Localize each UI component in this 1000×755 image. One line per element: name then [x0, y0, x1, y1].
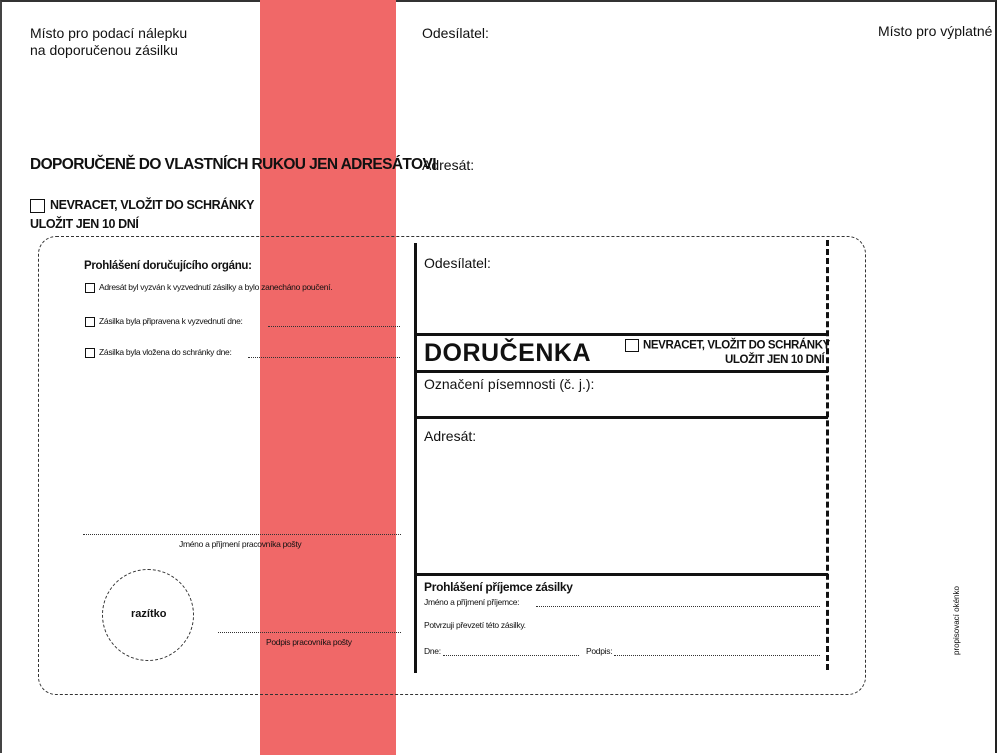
receipt-divider [414, 416, 828, 419]
no-return-label: NEVRACET, VLOŽIT DO SCHRÁNKY [50, 198, 254, 212]
option-summoned-label: Adresát byl vyzván k vyzvednutí zásilky … [99, 282, 332, 292]
option-prepared[interactable]: Zásilka byla připravena k vyzvednutí dne… [85, 316, 243, 327]
store-days-label: ULOŽIT JEN 10 DNÍ [30, 217, 139, 231]
receipt-addressee-label: Adresát: [424, 428, 476, 445]
option-in-mailbox[interactable]: Zásilka byla vložena do schránky dne: [85, 347, 232, 358]
recipient-heading: Prohlášení příjemce zásilky [424, 580, 573, 594]
worker-name-caption: Jméno a příjmení pracovníka pošty [179, 539, 301, 549]
addressee-label: Adresát: [422, 157, 474, 174]
worker-signature-caption: Podpis pracovníka pošty [266, 637, 352, 647]
confirm-text: Potvrzuji převzetí této zásilky. [424, 620, 526, 630]
document-ref-label: Označení písemnosti (č. j.): [424, 376, 594, 393]
checkbox-prepared[interactable] [85, 317, 95, 327]
prepared-date-field[interactable] [268, 326, 400, 327]
option-in-mailbox-label: Zásilka byla vložena do schránky dne: [99, 347, 232, 357]
mailbox-date-field[interactable] [248, 357, 400, 358]
checkbox-in-mailbox[interactable] [85, 348, 95, 358]
no-return-checkbox[interactable] [30, 199, 45, 213]
stamp-label: razítko [131, 608, 166, 620]
recipient-name-field[interactable] [536, 606, 820, 607]
receipt-no-return-checkbox[interactable] [625, 339, 639, 352]
receipt-no-return-label: NEVRACET, VLOŽIT DO SCHRÁNKY [643, 340, 830, 352]
delivery-body-heading: Prohlášení doručujícího orgánu: [84, 260, 252, 272]
sender-label: Odesílatel: [422, 25, 489, 42]
receipt-sender-label: Odesílatel: [424, 255, 491, 272]
receipt-left-border [414, 243, 417, 673]
receipt-perforation [826, 240, 829, 670]
date-label: Dne: [424, 646, 441, 656]
delivery-instruction: DOPORUČENĚ DO VLASTNÍCH RUKOU JEN ADRESÁ… [30, 156, 436, 174]
receipt-store-days: ULOŽIT JEN 10 DNÍ [725, 354, 824, 366]
postage-place-label: Místo pro výplatné [878, 23, 992, 40]
sticker-place-line2: na doporučenou zásilku [30, 42, 187, 59]
sticker-place-line1: Místo pro podací nálepku [30, 25, 187, 42]
date-field[interactable] [443, 655, 579, 656]
option-prepared-label: Zásilka byla připravena k vyzvednutí dne… [99, 316, 243, 326]
recipient-name-label: Jméno a příjmení příjemce: [424, 597, 519, 607]
receipt-divider [414, 333, 828, 336]
receipt-divider [414, 370, 828, 373]
signature-field[interactable] [614, 655, 820, 656]
side-window-label: propisovací okénko [952, 586, 961, 655]
option-summoned[interactable]: Adresát byl vyzván k vyzvednutí zásilky … [85, 282, 332, 293]
sticker-place-text: Místo pro podací nálepku na doporučenou … [30, 25, 187, 59]
receipt-divider [414, 573, 828, 576]
signature-label: Podpis: [586, 646, 612, 656]
checkbox-summoned[interactable] [85, 283, 95, 293]
receipt-title: DORUČENKA [424, 338, 591, 368]
worker-signature-field[interactable] [218, 632, 401, 633]
receipt-no-return-option[interactable]: NEVRACET, VLOŽIT DO SCHRÁNKY [625, 339, 830, 352]
no-return-option[interactable]: NEVRACET, VLOŽIT DO SCHRÁNKY [30, 198, 254, 213]
worker-name-field[interactable] [83, 534, 401, 535]
